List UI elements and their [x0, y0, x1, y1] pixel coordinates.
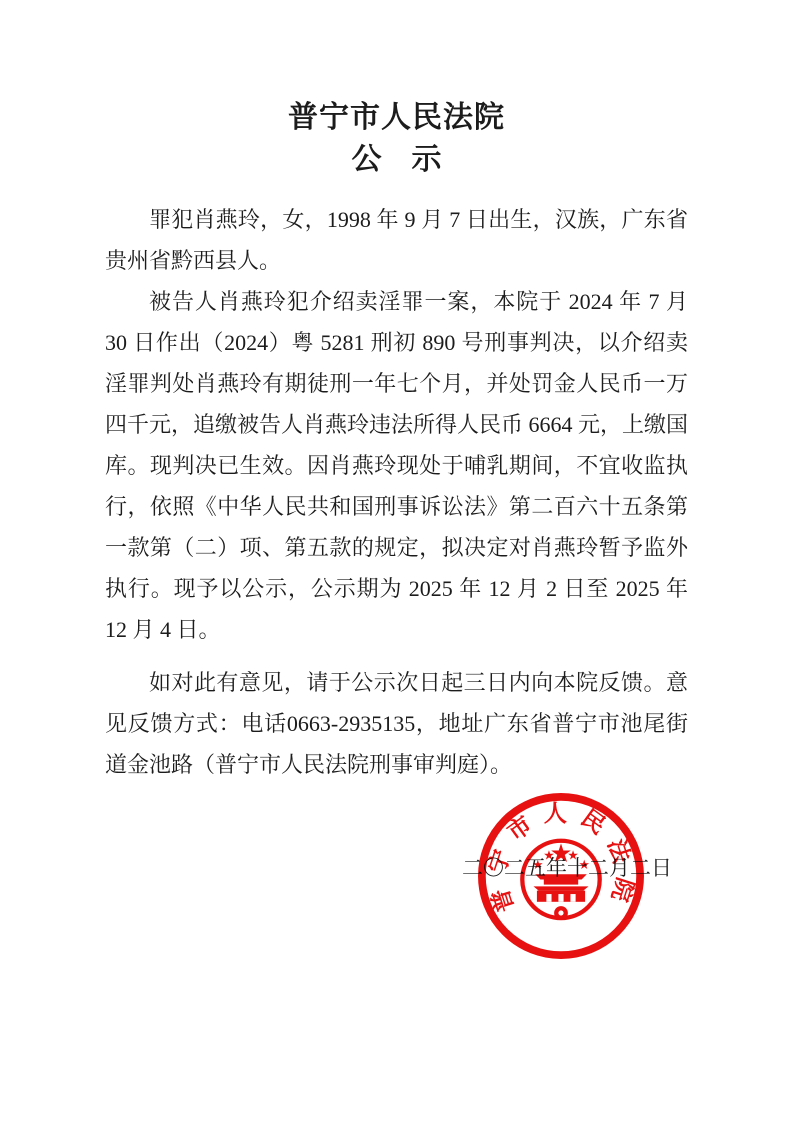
doc-header: 普宁市人民法院 公 示 — [0, 0, 793, 178]
issue-date: 二〇二五年十二月二日 — [462, 855, 672, 881]
court-notice-page: 普宁市人民法院 公 示 罪犯肖燕玲，女，1998 年 9 月 7 日出生，汉族，… — [0, 0, 793, 1122]
notice-paragraph: 罪犯肖燕玲，女，1998 年 9 月 7 日出生，汉族，广东省贵州省黔西县人。 — [105, 199, 688, 281]
court-name-title: 普宁市人民法院 — [0, 100, 793, 136]
notice-title: 公 示 — [0, 142, 793, 178]
notice-body: 罪犯肖燕玲，女，1998 年 9 月 7 日出生，汉族，广东省贵州省黔西县人。 … — [105, 199, 688, 785]
notice-paragraph: 被告人肖燕玲犯介绍卖淫罪一案，本院于 2024 年 7 月 30 日作出（202… — [105, 281, 688, 650]
notice-paragraph: 如对此有意见，请于公示次日起三日内向本院反馈。意见反馈方式：电话0663-293… — [105, 662, 688, 785]
